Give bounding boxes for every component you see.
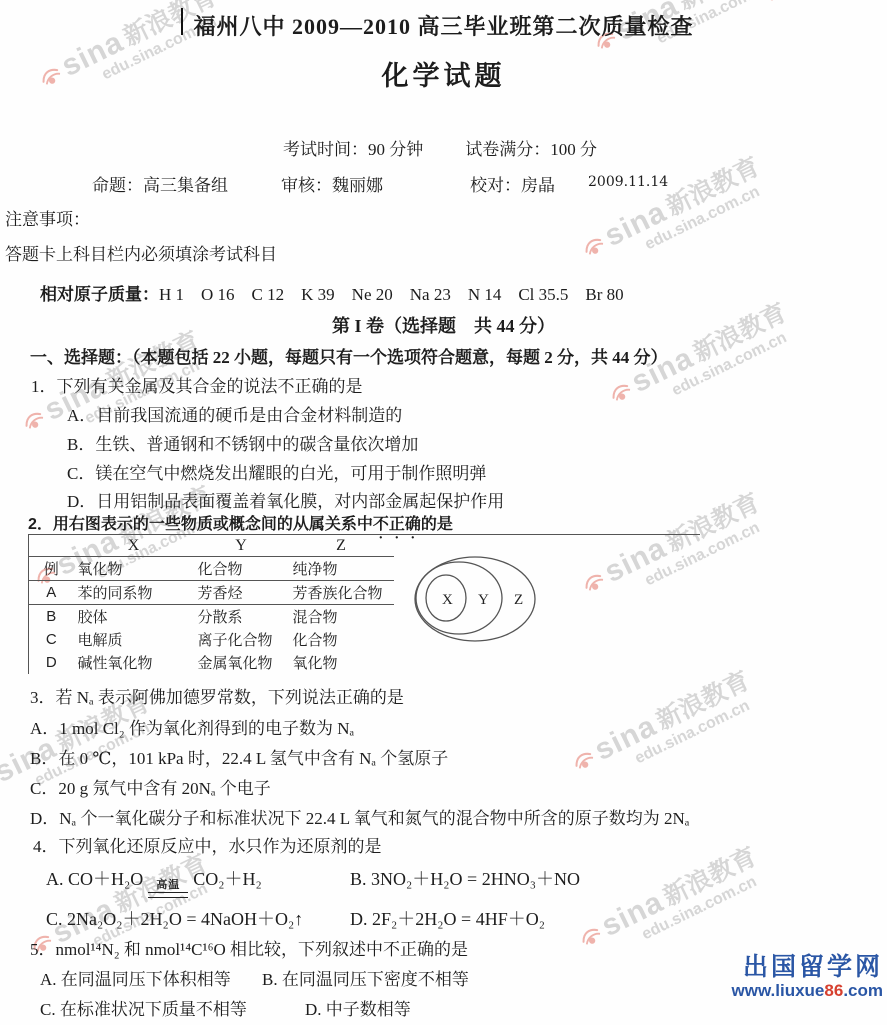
venn-label-y: Y xyxy=(478,592,489,608)
watermark-url: edu.sina.com.cn xyxy=(642,183,762,253)
table-cell: 苯的同系物 xyxy=(74,581,194,605)
question-1-option-a: A．目前我国流通的硬币是由合金材料制造的 xyxy=(67,401,402,426)
question-1-option-c: C．镁在空气中燃烧发出耀眼的白光，可用于制作照明弹 xyxy=(67,459,486,484)
watermark-brand: sina xyxy=(601,199,670,250)
watermark-url-row: edu.sina.com.cn xyxy=(632,690,768,768)
sina-watermark-row: sina 新浪教育 xyxy=(760,0,887,8)
watermark-brand: sina xyxy=(591,713,660,764)
table-cell: 胶体 xyxy=(74,605,194,629)
sina-logo-icon xyxy=(607,378,636,407)
question-4-stem: 4．下列氧化还原反应中，水只作为还原剂的是 xyxy=(33,832,382,857)
exam-document-page: sina 新浪教育 edu.sina.com.cn sina 新浪教育 edu.… xyxy=(0,0,887,1025)
exam-reviewer: 审核：魏丽娜 xyxy=(281,171,383,196)
exam-full-score: 试卷满分：100 分 xyxy=(465,140,597,159)
table-header-y: Y xyxy=(194,535,289,557)
sina-watermark: sina 新浪教育 edu.sina.com.cn xyxy=(575,841,775,970)
watermark-site: 新浪教育 xyxy=(660,844,761,910)
table-header-row: X Y Z xyxy=(29,535,394,557)
liuxue86-logo: 出国留学网 www.liuxue86.com xyxy=(732,954,884,1000)
atomic-masses-values: H 1 O 16 C 12 K 39 Ne 20 Na 23 N 14 Cl 3… xyxy=(159,285,624,304)
table-cell: 分散系 xyxy=(194,605,289,629)
url-prefix: www.liuxue xyxy=(732,981,825,1000)
reaction-condition: 高温 xyxy=(148,880,188,898)
watermark-url: edu.sina.com.cn xyxy=(632,697,752,767)
table-cell: 纯净物 xyxy=(289,557,394,581)
sina-logo-icon xyxy=(20,406,49,435)
table-row: 例 氧化物 化合物 纯净物 xyxy=(29,557,394,581)
reaction-condition-label: 高温 xyxy=(156,880,180,891)
question-2-stem-emphasis: 不正确 xyxy=(373,516,421,533)
section1-heading: 一、选择题：（本题包括 22 小题，每题只有一个选项符合题意，每题 2 分，共 … xyxy=(30,343,668,368)
table-cell: 例 xyxy=(29,557,74,581)
exam-time-score-row: 考试时间：90 分钟试卷满分：100 分 xyxy=(283,135,639,160)
question-3-option-d: D．Nₐ 个一氧化碳分子和标准状况下 22.4 L 氧气和氮气的混合物中所含的原… xyxy=(30,804,689,829)
question-5-option-c: C. 在标准状况下质量不相等 xyxy=(40,995,247,1020)
equation-left: A. CO＋H₂O xyxy=(46,869,143,889)
q2-classification-table: X Y Z 例 氧化物 化合物 纯净物 A 苯的同系物 芳香烃 芳香族化合物 B… xyxy=(28,535,394,674)
question-1-option-d: D．日用铝制品表面覆盖着氧化膜，对内部金属起保护作用 xyxy=(67,487,504,512)
sina-logo-icon xyxy=(762,0,791,8)
double-bar-icon xyxy=(148,892,188,898)
exam-setter: 命题：高三集备组 xyxy=(92,171,228,196)
question-5-option-d: D. 中子数相等 xyxy=(305,995,411,1020)
sina-watermark: sina 新浪教育 edu.sina.com.cn xyxy=(568,665,768,794)
question-1-stem: 1．下列有关金属及其合金的说法不正确的是 xyxy=(31,372,363,397)
sina-logo-icon xyxy=(570,746,599,775)
table-header-z: Z xyxy=(289,535,394,557)
exam-title: 福州八中 2009—2010 高三毕业班第二次质量检查 xyxy=(0,10,887,41)
question-4-option-d-equation: D. 2F₂＋2H₂O = 4HF＋O₂ xyxy=(350,905,545,931)
table-cell: 混合物 xyxy=(289,605,394,629)
sina-logo-icon xyxy=(580,232,609,261)
atomic-masses-label: 相对原子质量： xyxy=(40,285,159,304)
watermark-url: edu.sina.com.cn xyxy=(639,873,759,943)
question-2-stem-prefix: 2．用右图表示的一些物质或概念间的从属关系中 xyxy=(28,516,373,533)
table-row: C 电解质 离子化合物 化合物 xyxy=(29,628,394,651)
table-cell: 金属氧化物 xyxy=(194,651,289,674)
equation-right: CO₂＋H₂ xyxy=(193,869,262,889)
exam-proofreader: 校对：房晶 xyxy=(470,171,555,196)
question-4-option-b-equation: B. 3NO₂＋H₂O = 2HNO₃＋NO xyxy=(350,865,580,891)
watermark-url-row: edu.sina.com.cn xyxy=(639,866,775,944)
table-cell: 氧化物 xyxy=(289,651,394,674)
exam-time: 考试时间：90 分钟 xyxy=(283,140,423,159)
watermark-url: edu.sina.com.cn xyxy=(642,519,762,589)
table-cell: B xyxy=(29,605,74,629)
table-row: A 苯的同系物 芳香烃 芳香族化合物 xyxy=(29,581,394,605)
notice-label: 注意事项： xyxy=(5,205,90,230)
watermark-url: edu.sina.com.cn xyxy=(669,329,789,399)
watermark-site: 新浪教育 xyxy=(663,490,764,556)
url-highlight: 86 xyxy=(824,981,843,1000)
url-suffix: .com xyxy=(843,981,883,1000)
table-cell: 化合物 xyxy=(289,628,394,651)
watermark-brand: sina xyxy=(598,889,667,940)
question-5-option-a: A. 在同温同压下体积相等 xyxy=(40,965,231,990)
table-cell: 碱性氧化物 xyxy=(74,651,194,674)
venn-label-z: Z xyxy=(514,592,523,608)
question-5-stem: 5．nmol¹⁴N₂ 和 nmol¹⁴C¹⁶O 相比较，下列叙述中不正确的是 xyxy=(30,935,468,960)
table-cell: 化合物 xyxy=(194,557,289,581)
liuxue86-site-name: 出国留学网 xyxy=(732,954,884,982)
question-3-stem: 3．若 Nₐ 表示阿佛加德罗常数，下列说法正确的是 xyxy=(30,683,404,708)
table-header-blank xyxy=(29,535,74,557)
table-cell: 氧化物 xyxy=(74,557,194,581)
question-3-option-c: C．20 g 氖气中含有 20Nₐ 个电子 xyxy=(30,774,271,799)
watermark-site: 新浪教育 xyxy=(653,668,754,734)
question-1-option-b: B．生铁、普通钢和不锈钢中的碳含量依次增加 xyxy=(67,430,418,455)
exam-subject-title: 化学试题 xyxy=(0,54,887,93)
liuxue86-url: www.liuxue86.com xyxy=(732,982,884,1000)
venn-diagram: X Y Z xyxy=(402,548,632,652)
question-4-option-a-equation: A. CO＋H₂O高温CO₂＋H₂ xyxy=(46,865,262,898)
table-cell: 离子化合物 xyxy=(194,628,289,651)
venn-middle-ellipse xyxy=(416,562,502,634)
watermark-url-row: edu.sina.com.cn xyxy=(642,512,778,590)
table-cell: A xyxy=(29,581,74,605)
table-header-x: X xyxy=(74,535,194,557)
table-row: B 胶体 分散系 混合物 xyxy=(29,605,394,629)
question-5-option-b: B. 在同温同压下密度不相等 xyxy=(262,965,469,990)
table-cell: C xyxy=(29,628,74,651)
sina-logo-icon xyxy=(577,922,606,951)
watermark-site: 新浪教育 xyxy=(663,154,764,220)
sina-watermark-row: sina 新浪教育 xyxy=(578,151,769,262)
table-cell: 芳香族化合物 xyxy=(289,581,394,605)
part1-heading: 第 I 卷（选择题 共 44 分） xyxy=(0,312,887,338)
notice-text: 答题卡上科目栏内必须填涂考试科目 xyxy=(5,240,277,265)
table-cell: D xyxy=(29,651,74,674)
sina-watermark-row: sina 新浪教育 xyxy=(568,665,759,776)
venn-label-x: X xyxy=(442,592,453,608)
table-cell: 电解质 xyxy=(74,628,194,651)
sina-watermark-row: sina 新浪教育 xyxy=(575,841,766,952)
exam-date: 2009.11.14 xyxy=(588,174,668,190)
question-2-stem-suffix: 的是 xyxy=(421,516,453,533)
table-cell: 芳香烃 xyxy=(194,581,289,605)
question-4-option-c-equation: C. 2Na₂O₂＋2H₂O = 4NaOH＋O₂↑ xyxy=(46,905,303,931)
question-3-option-a: A．1 mol Cl₂ 作为氧化剂得到的电子数为 Nₐ xyxy=(30,714,354,739)
table-row: D 碱性氧化物 金属氧化物 氧化物 xyxy=(29,651,394,674)
sina-watermark: sina 新浪教育 edu.sina.com.cn xyxy=(578,151,778,280)
atomic-masses-row: 相对原子质量：H 1 O 16 C 12 K 39 Ne 20 Na 23 N … xyxy=(40,280,624,305)
question-3-option-b: B．在 0 ℃，101 kPa 时，22.4 L 氢气中含有 Nₐ 个氢原子 xyxy=(30,744,448,769)
